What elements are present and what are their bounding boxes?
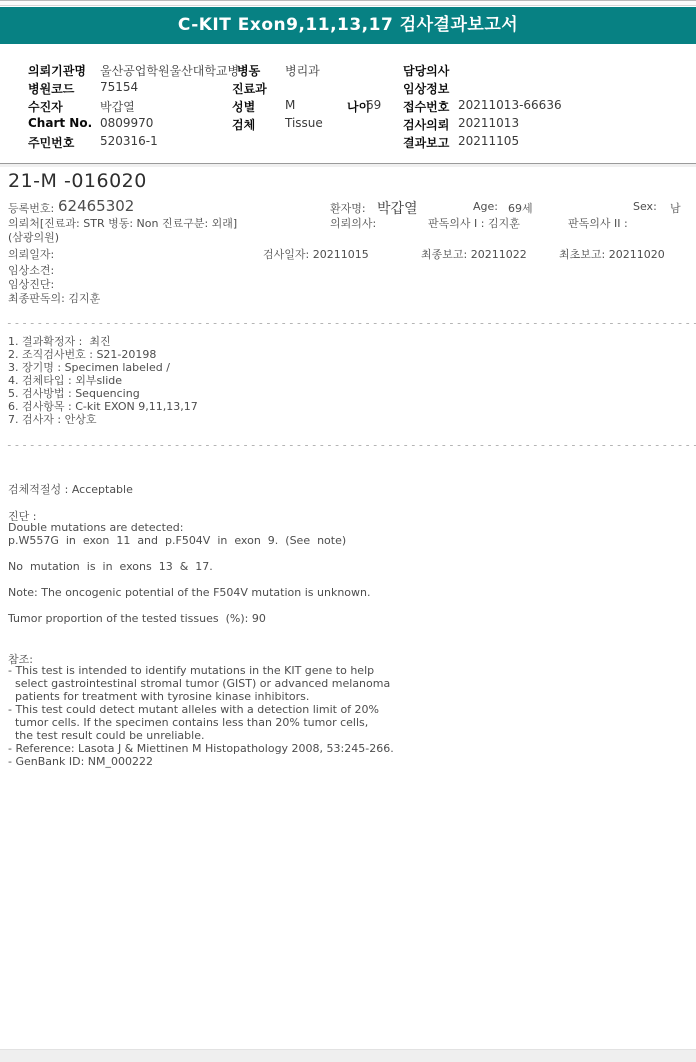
sex-value: M bbox=[285, 98, 295, 112]
sex-field-value: 남 bbox=[670, 200, 681, 216]
patient-label: 수진자 bbox=[28, 98, 63, 115]
reference-line: - This test is intended to identify muta… bbox=[8, 664, 374, 677]
no-mutation-line: No mutation is in exons 13 & 17. bbox=[8, 560, 213, 573]
reader2: 판독의사 II : bbox=[568, 215, 628, 231]
hospital-code-value: 75154 bbox=[100, 80, 138, 94]
request-value: 20211013 bbox=[458, 116, 519, 130]
dept-label: 진료과 bbox=[232, 80, 267, 97]
detail-item: 7. 검사자 : 안상호 bbox=[8, 411, 96, 427]
request-doctor-label: 의뢰의사: bbox=[330, 215, 376, 231]
reference-line: - This test could detect mutant alleles … bbox=[8, 703, 379, 716]
rrn-label: 주민번호 bbox=[28, 134, 74, 151]
note-line: Note: The oncogenic potential of the F50… bbox=[8, 586, 371, 599]
patient-value: 박갑열 bbox=[100, 98, 135, 115]
reader1: 판독의사 I : 김지훈 bbox=[428, 215, 520, 231]
receipt-label: 접수번호 bbox=[403, 98, 449, 115]
final-reader: 최종판독의: 김지훈 bbox=[8, 290, 100, 306]
reference-line: - Reference: Lasota J & Miettinen M Hist… bbox=[8, 742, 394, 755]
reference-line: - GenBank ID: NM_000222 bbox=[8, 755, 153, 768]
reference-line: select gastrointestinal stromal tumor (G… bbox=[8, 677, 390, 690]
age-value: 69 bbox=[366, 98, 381, 112]
age-field-label: Age: bbox=[473, 200, 498, 213]
receipt-value: 20211013-66636 bbox=[458, 98, 562, 112]
page-top-strip bbox=[0, 0, 696, 6]
reference-line: tumor cells. If the specimen contains le… bbox=[8, 716, 368, 729]
first-report-date: 최초보고: 20211020 bbox=[559, 246, 665, 262]
ward-value: 병리과 bbox=[285, 62, 320, 79]
dashed-divider-1: ----------------------------------------… bbox=[6, 322, 696, 324]
page-bottom-bar bbox=[0, 1049, 696, 1062]
specimen-label: 검체 bbox=[232, 116, 255, 133]
reference-line: patients for treatment with tyrosine kin… bbox=[8, 690, 309, 703]
request-label: 검사의뢰 bbox=[403, 116, 449, 133]
report-banner: C-KIT Exon9,11,13,17 검사결과보고서 bbox=[0, 7, 696, 44]
clinical-info-label: 임상정보 bbox=[403, 80, 449, 97]
exam-date: 검사일자: 20211015 bbox=[263, 246, 369, 262]
rrn-value: 520316-1 bbox=[100, 134, 158, 148]
ward-label: 병동 bbox=[237, 62, 260, 79]
patient-name: 박갑열 bbox=[377, 198, 418, 218]
report-value: 20211105 bbox=[458, 134, 519, 148]
sex-field-label: Sex: bbox=[633, 200, 657, 213]
referrer-sub: (삼광의원) bbox=[8, 229, 59, 245]
chart-value: 0809970 bbox=[100, 116, 153, 130]
patient-name-label: 환자명: bbox=[330, 200, 366, 216]
specimen-adequacy: 검체적절성 : Acceptable bbox=[8, 481, 133, 497]
diagnosis-line1: Double mutations are detected: bbox=[8, 521, 183, 534]
diagnosis-line2: p.W557G in exon 11 and p.F504V in exon 9… bbox=[8, 534, 346, 547]
specimen-value: Tissue bbox=[285, 116, 323, 130]
report-label: 결과보고 bbox=[403, 134, 449, 151]
final-report-date: 최종보고: 20211022 bbox=[421, 246, 527, 262]
reference-line: the test result could be unreliable. bbox=[8, 729, 204, 742]
dashed-divider-2: ----------------------------------------… bbox=[6, 444, 696, 446]
report-page: C-KIT Exon9,11,13,17 검사결과보고서 의뢰기관명 울산공업학… bbox=[0, 0, 696, 1062]
section-divider bbox=[0, 163, 696, 167]
reg-label: 등록번호: bbox=[8, 200, 54, 216]
org-label: 의뢰기관명 bbox=[28, 62, 86, 79]
report-title: C-KIT Exon9,11,13,17 검사결과보고서 bbox=[0, 7, 696, 44]
org-value: 울산공업학원울산대학교병 bbox=[100, 62, 239, 79]
doctor-label: 담당의사 bbox=[403, 62, 449, 79]
chart-label: Chart No. bbox=[28, 116, 92, 130]
reg-value: 62465302 bbox=[58, 197, 134, 215]
sex-label: 성별 bbox=[232, 98, 255, 115]
tumor-proportion-line: Tumor proportion of the tested tissues (… bbox=[8, 612, 266, 625]
age-field-value: 69세 bbox=[508, 200, 533, 216]
hospital-code-label: 병원코드 bbox=[28, 80, 74, 97]
case-number: 21-M -016020 bbox=[8, 170, 147, 192]
request-date-label: 의뢰일자: bbox=[8, 246, 54, 262]
